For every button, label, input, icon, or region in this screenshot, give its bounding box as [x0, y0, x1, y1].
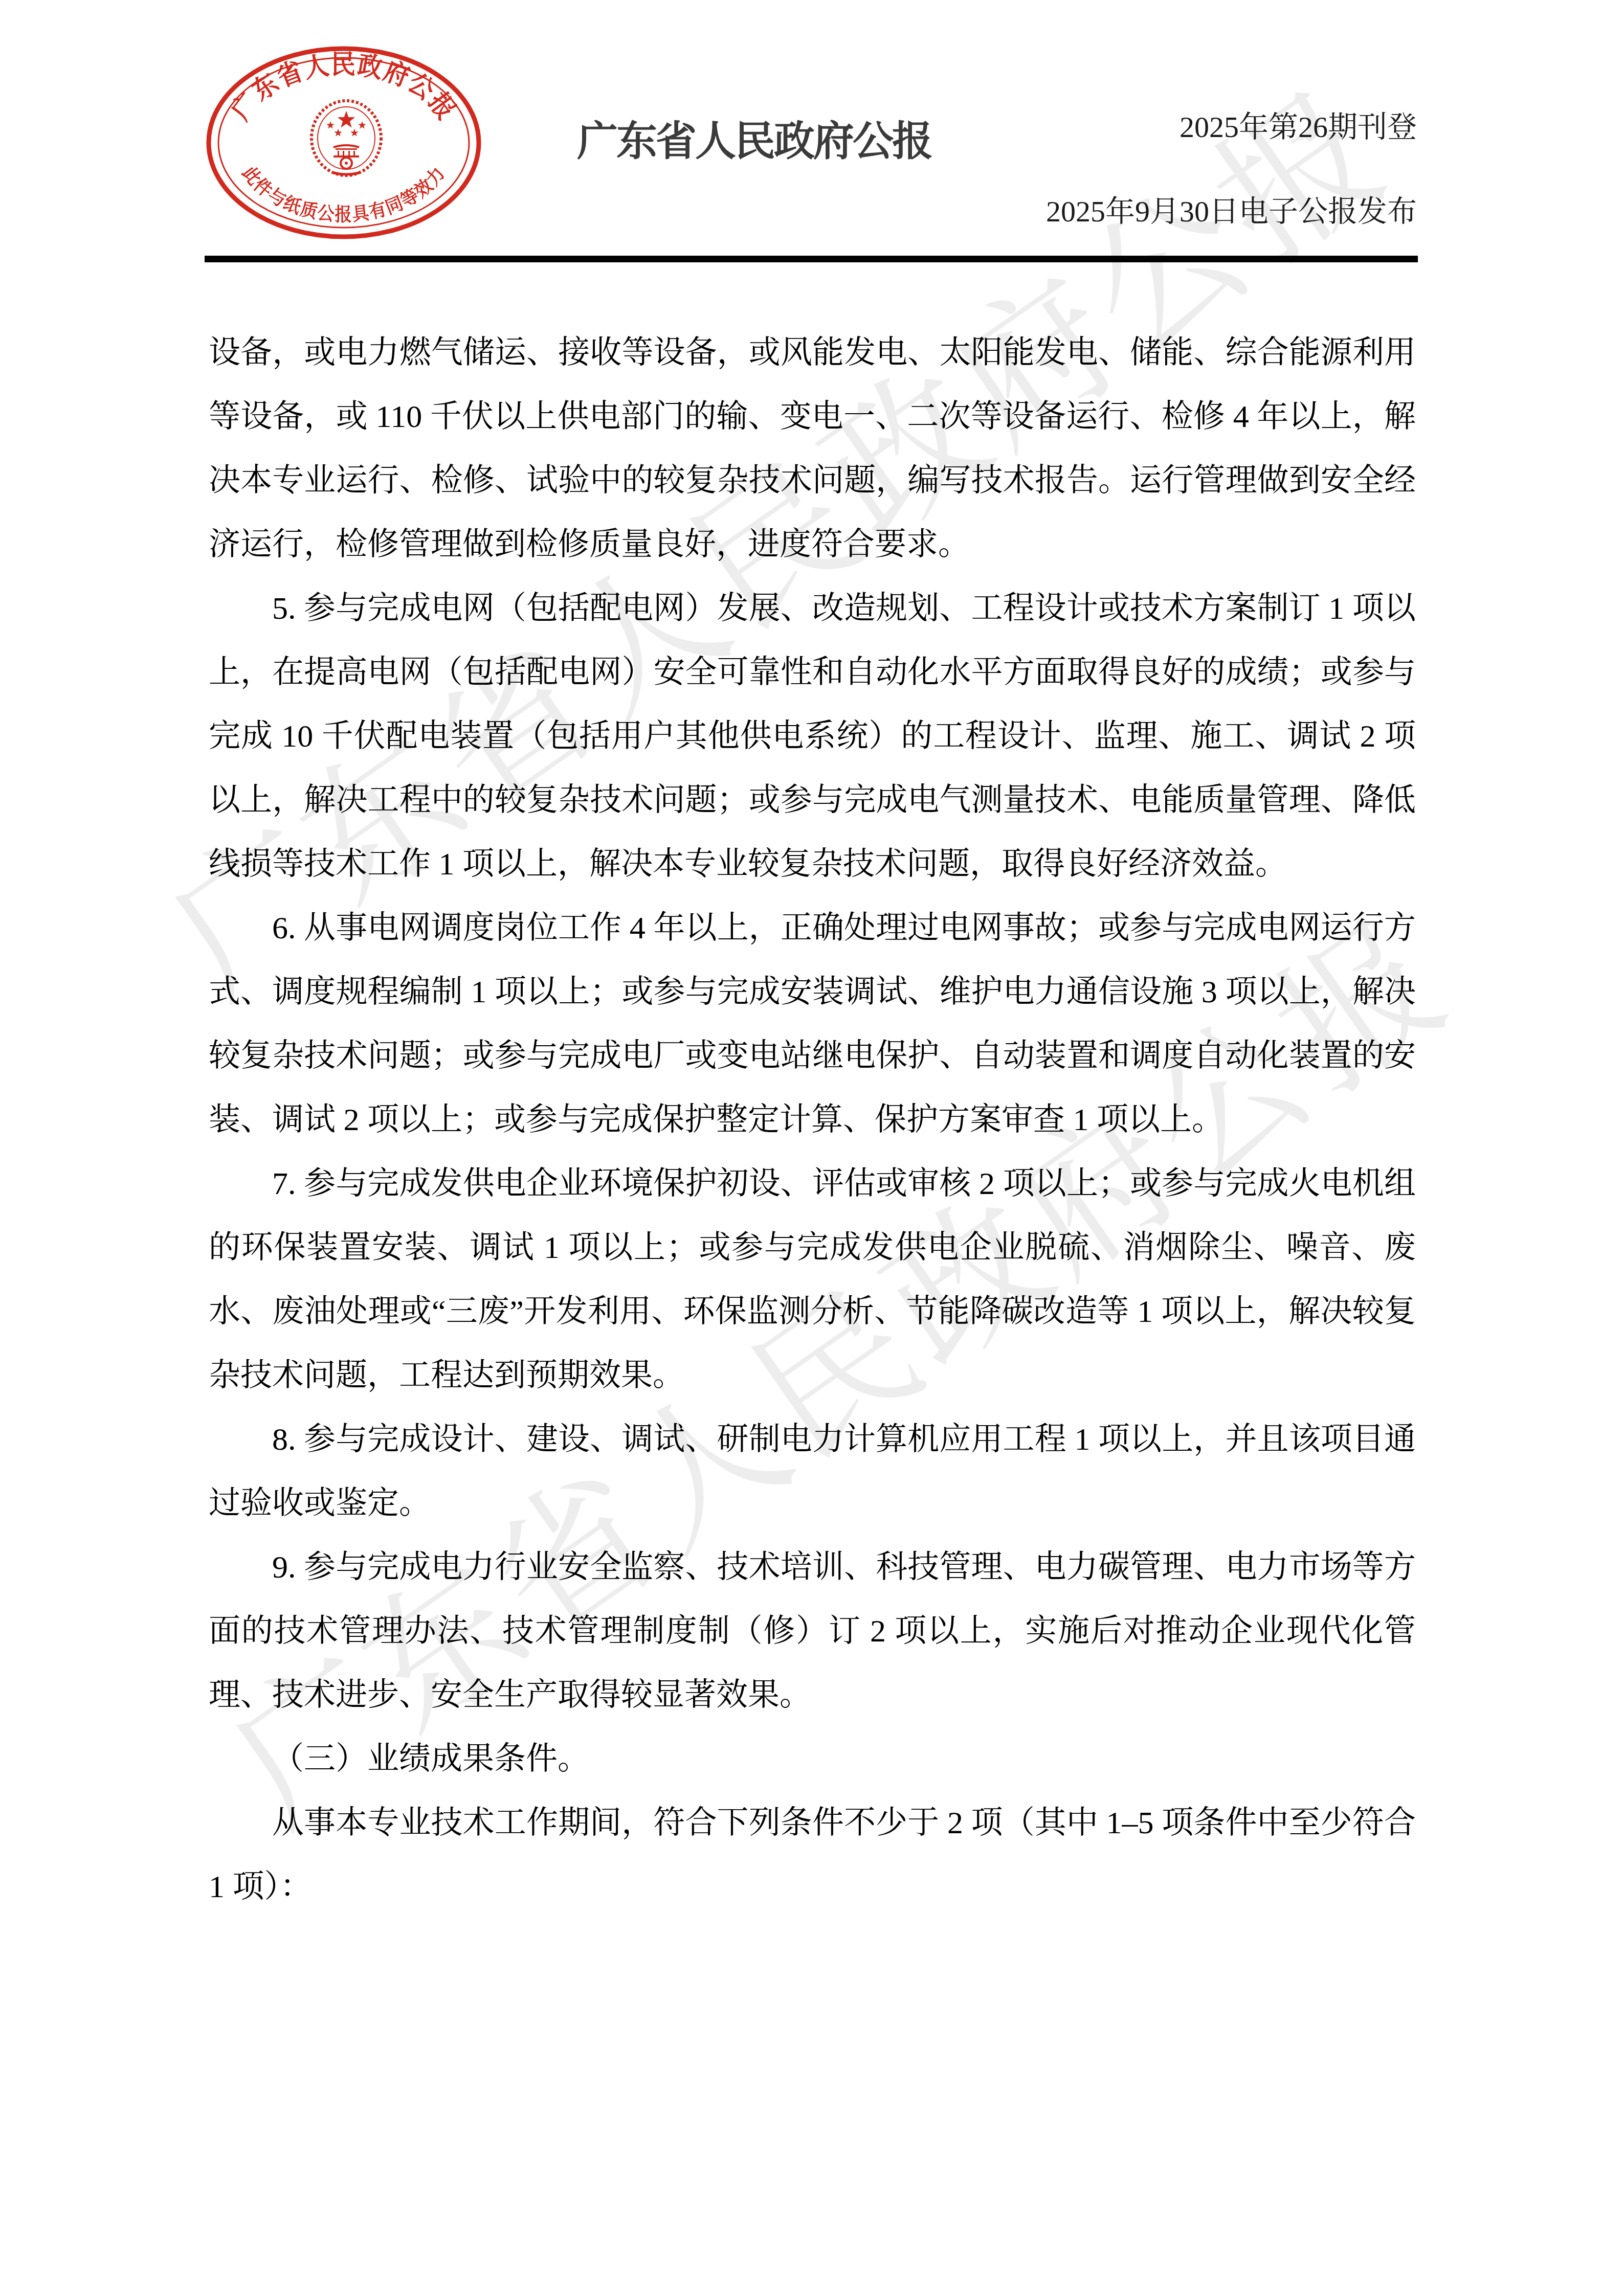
header-divider: [205, 256, 1418, 262]
body-paragraph: 7. 参与完成发供电企业环境保护初设、评估或审核 2 项以上；或参与完成火电机组…: [209, 1152, 1416, 1408]
issue-line: 2025年第26期刊登: [1046, 109, 1417, 145]
body-paragraph: （三）业绩成果条件。: [209, 1727, 1416, 1791]
page-title: 广东省人民政府公报: [577, 119, 931, 164]
body-paragraph: 8. 参与完成设计、建设、调试、研制电力计算机应用工程 1 项以上，并且该项目通…: [209, 1408, 1416, 1536]
seal-top-arc-text: 广东省人民政府公报: [226, 51, 462, 126]
svg-text:广东省人民政府公报: 广东省人民政府公报: [226, 51, 462, 126]
body-paragraph: 从事本专业技术工作期间，符合下列条件不少于 2 项（其中 1–5 项条件中至少符…: [209, 1791, 1416, 1919]
document-body: 设备，或电力燃气储运、接收等设备，或风能发电、太阳能发电、储能、综合能源利用等设…: [209, 321, 1416, 1919]
body-paragraph: 6. 从事电网调度岗位工作 4 年以上，正确处理过电网事故；或参与完成电网运行方…: [209, 896, 1416, 1152]
official-seal-graphic: 广东省人民政府公报: [205, 45, 483, 240]
official-seal: 广东省人民政府公报: [205, 45, 483, 240]
national-emblem-icon: [312, 101, 381, 175]
body-paragraph: 5. 参与完成电网（包括配电网）发展、改造规划、工程设计或技术方案制订 1 项以…: [209, 577, 1416, 896]
body-paragraph: 9. 参与完成电力行业安全监察、技术培训、科技管理、电力碳管理、电力市场等方面的…: [209, 1536, 1416, 1727]
publish-date-line: 2025年9月30日电子公报发布: [1046, 194, 1417, 230]
publication-info: 2025年第26期刊登 2025年9月30日电子公报发布: [1046, 109, 1417, 230]
body-paragraph: 设备，或电力燃气储运、接收等设备，或风能发电、太阳能发电、储能、综合能源利用等设…: [209, 321, 1416, 577]
gazette-page: 广东省人民政府公报 广东省人民政府公报 广东省人民政府公报: [0, 0, 1624, 2296]
seal-bottom-arc-text: 此件与纸质公报具有同等效力: [238, 163, 449, 225]
svg-text:此件与纸质公报具有同等效力: 此件与纸质公报具有同等效力: [238, 163, 449, 225]
